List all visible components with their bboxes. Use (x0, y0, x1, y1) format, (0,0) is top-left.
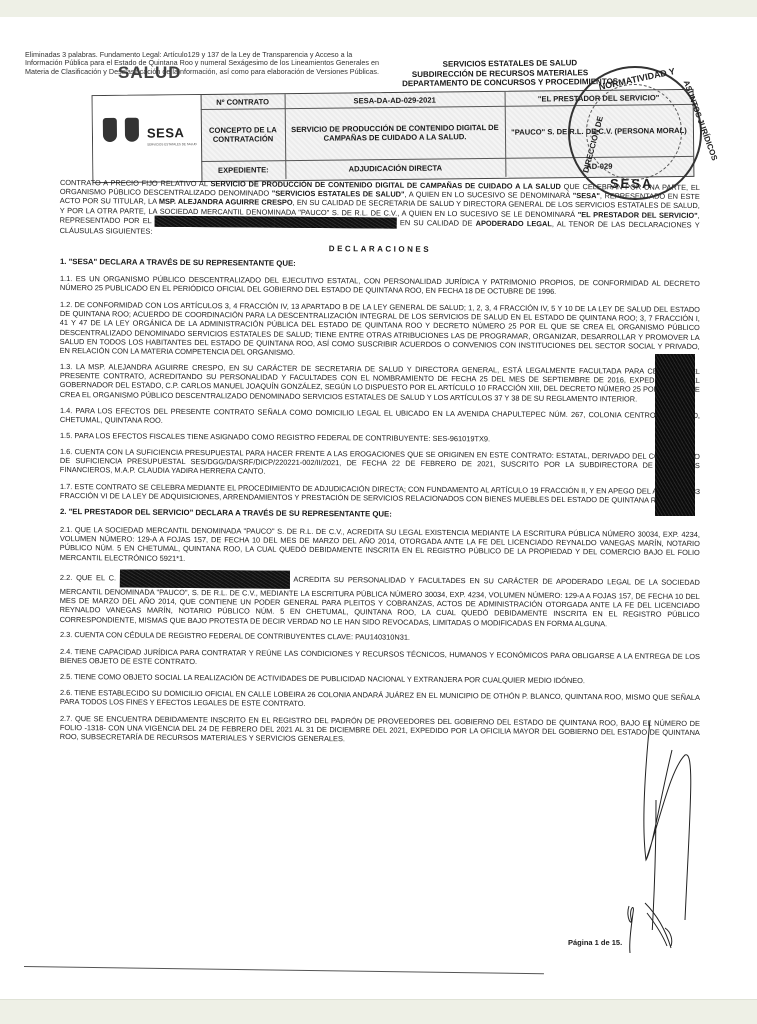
redaction-block (275, 217, 397, 229)
signature-large (640, 700, 710, 930)
declaration-2-6: 2.6. TIENE ESTABLECIDO SU DOMICILIO OFIC… (60, 688, 700, 711)
redaction-block-margin (655, 354, 695, 516)
redaction-legal-note: Eliminadas 3 palabras. Fundamento Legal:… (25, 51, 385, 76)
contract-body: CONTRATO A PRECIO FIJO RELATIVO AL SERVI… (60, 178, 700, 748)
declaration-1-4: 1.4. PARA LOS EFECTOS DEL PRESENTE CONTR… (60, 406, 700, 429)
declaration-2-4: 2.4. TIENE CAPACIDAD JURÍDICA PARA CONTR… (60, 647, 700, 670)
expediente-value: ADJUDICACIÓN DIRECTA (285, 158, 506, 179)
declaration-2-2: 2.2. QUE EL C. ACREDITA SU PERSONALIDAD … (60, 569, 700, 629)
concept-value: SERVICIO DE PRODUCCIÓN DE CONTENIDO DIGI… (285, 106, 507, 160)
redaction-block (155, 216, 275, 228)
declaration-2-3: 2.3. CUENTA CON CÉDULA DE REGISTRO FEDER… (60, 630, 700, 644)
declaration-2-7: 2.7. QUE SE ENCUENTRA DEBIDAMENTE INSCRI… (60, 714, 700, 747)
declaration-1-2: 1.2. DE CONFORMIDAD CON LOS ARTÍCULOS 3,… (60, 300, 700, 360)
declaration-1-6: 1.6. CUENTA CON LA SUFICIENCIA PRESUPUES… (60, 447, 700, 480)
contract-number-label: Nº CONTRATO (201, 94, 286, 109)
seal-top-text: NORMATIVIDAD Y (598, 66, 676, 92)
seal-bottom-text: SESA (610, 176, 653, 191)
section-1-title: 1. "SESA" DECLARA A TRAVÉS DE SU REPRESE… (60, 257, 700, 271)
declaraciones-title: DECLARACIONES (60, 242, 700, 256)
redaction-block (120, 569, 290, 588)
signature-initials (625, 898, 685, 958)
declaration-1-1: 1.1. ES UN ORGANISMO PÚBLICO DESCENTRALI… (60, 274, 700, 297)
viewer-bottom-band (0, 999, 757, 1024)
logo-cell: SESA SERVICIOS ESTATALES DE SALUD (93, 95, 203, 182)
page-number: Página 1 de 15. (568, 938, 622, 947)
seal-left-text: DIRECCIÓN DE (581, 115, 605, 174)
sesa-logo: SESA (147, 125, 185, 140)
declaration-2-5: 2.5. TIENE COMO OBJETO SOCIAL LA REALIZA… (60, 672, 700, 686)
declaration-1-3: 1.3. LA MSP. ALEJANDRA AGUIRRE CRESPO, E… (60, 362, 700, 404)
declaration-1-7: 1.7. ESTE CONTRATO SE CELEBRA MEDIANTE E… (60, 482, 700, 505)
section-2-title: 2. "EL PRESTADOR DEL SERVICIO" DECLARA A… (60, 507, 700, 521)
state-shield-icon (103, 118, 117, 142)
official-seal: NORMATIVIDAD Y ASUNTOS JURÍDICOS DIRECCI… (568, 66, 702, 200)
concept-label: CONCEPTO DE LA CONTRATACIÓN (201, 108, 287, 161)
declaration-1-5: 1.5. PARA LOS EFECTOS FISCALES TIENE ASI… (60, 431, 700, 445)
declaration-2-1: 2.1. QUE LA SOCIEDAD MERCANTIL DENOMINAD… (60, 525, 700, 567)
sesa-logo-subtext: SERVICIOS ESTATALES DE SALUD (147, 142, 197, 147)
government-shield-icon (125, 118, 139, 142)
